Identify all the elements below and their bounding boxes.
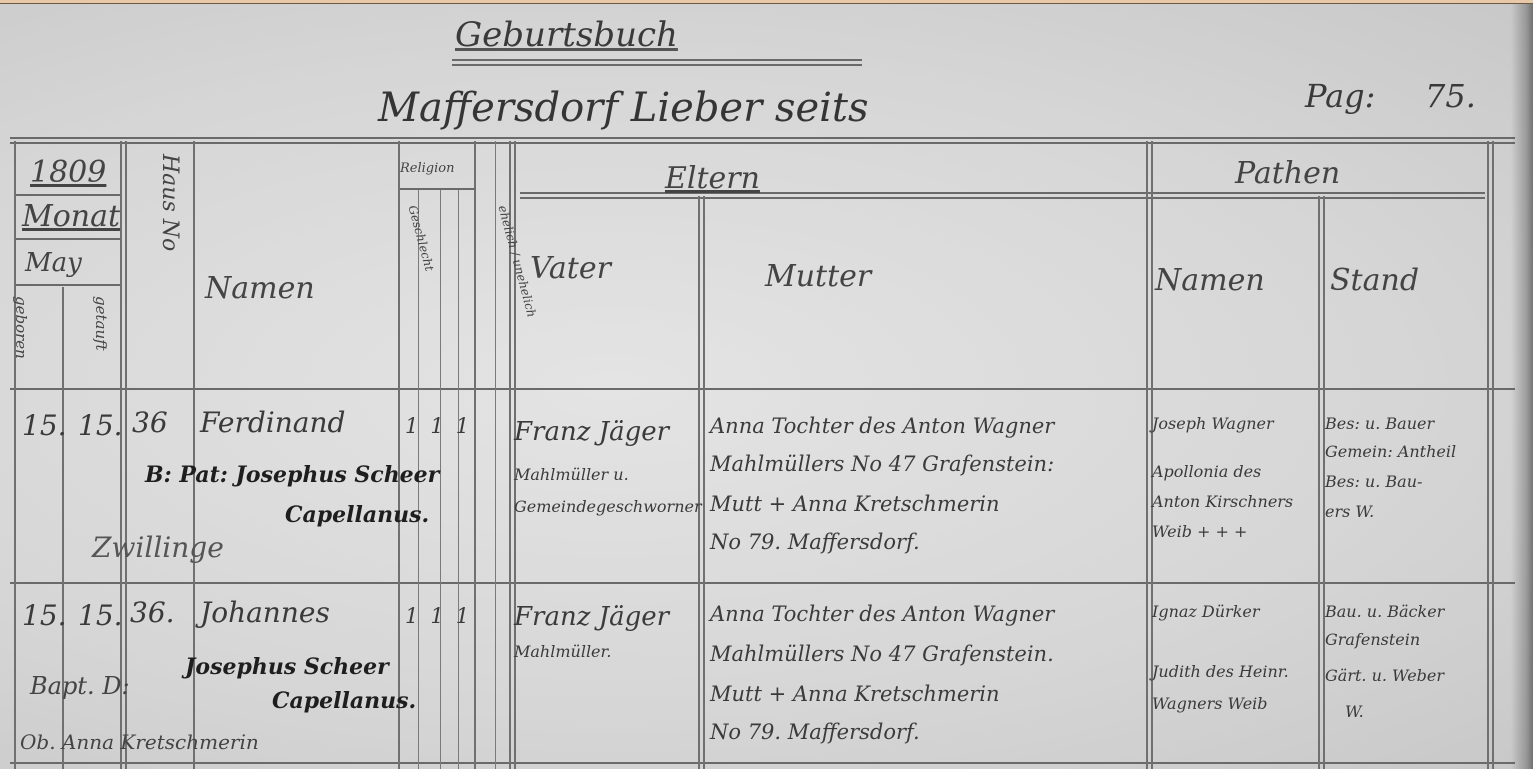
sex-header: Geschlecht: [406, 204, 435, 272]
father-name: Franz Jäger: [514, 419, 669, 445]
month-header: Monat: [22, 202, 120, 232]
religion-marks: 111: [405, 606, 481, 627]
baptized-day: 15.: [78, 412, 123, 440]
baptizer: B: Pat: Josephus Scheer: [145, 464, 439, 486]
father-occupation: Mahlmüller.: [514, 644, 612, 660]
religion-header: Religion: [400, 162, 454, 175]
godparent-status-line: Bes: u. Bau-: [1325, 474, 1422, 490]
title-underline: [452, 59, 862, 66]
godparent-name-line: Joseph Wagner: [1152, 416, 1274, 432]
godparent-status-line: Bau. u. Bäcker: [1325, 604, 1444, 620]
godparent-status-line: Gärt. u. Weber: [1325, 668, 1444, 684]
may-rule: [16, 284, 120, 286]
month-value: May: [25, 250, 82, 276]
house-no-header: Haus No: [158, 154, 180, 251]
child-name: Johannes: [200, 599, 330, 627]
mother-line: Mahlmüllers No 47 Grafenstein:: [710, 454, 1054, 475]
header-top-rule: [10, 137, 1515, 144]
father-occupation: Mahlmüller u. Gemeindegeschworner: [514, 459, 694, 523]
mother-line: Anna Tochter des Anton Wagner: [710, 604, 1054, 625]
godparent-name-header: Namen: [1155, 266, 1265, 296]
col-rule: [495, 141, 496, 769]
born-day: 15.: [22, 602, 67, 630]
godparent-name-line: Wagners Weib: [1152, 696, 1268, 712]
born-day: 15.: [22, 412, 67, 440]
child-name: Ferdinand: [200, 409, 345, 437]
name-header: Namen: [205, 274, 315, 304]
entry-divider-2: [10, 762, 1515, 764]
parents-header: Eltern: [665, 164, 760, 194]
page-label: Pag:: [1305, 80, 1375, 112]
register-page: Geburtsbuch Maffersdorf Lieber seits Pag…: [0, 4, 1533, 769]
baptized-header: getauft: [93, 296, 108, 351]
godparent-status-line: Grafenstein: [1325, 632, 1420, 648]
godparent-status-line: Gemein: Antheil: [1325, 444, 1456, 460]
col-rule: [398, 141, 400, 769]
twins-note: Zwillinge: [92, 534, 224, 562]
baptized-day: 15.: [78, 602, 123, 630]
midwife-note: Ob. Anna Kretschmerin: [20, 732, 259, 752]
baptizer-title: Capellanus.: [272, 690, 416, 712]
baptizer-title: Capellanus.: [285, 504, 429, 526]
mother-line: Mutt + Anna Kretschmerin: [710, 494, 1000, 515]
col-rule: [14, 141, 16, 769]
religion-rule: [400, 188, 475, 190]
godparent-status-line: ers W.: [1325, 504, 1374, 520]
born-header: geboren: [13, 296, 28, 359]
col-rule: [458, 189, 459, 769]
godparents-header: Pathen: [1235, 159, 1340, 189]
col-rule: [1318, 196, 1325, 769]
house-number: 36: [132, 409, 168, 437]
godparent-name-line: Anton Kirschners: [1152, 494, 1293, 510]
godparent-name-line: Ignaz Dürker: [1152, 604, 1260, 620]
page-number: 75.: [1425, 80, 1476, 112]
year-rule: [16, 194, 120, 196]
parish-title: Maffersdorf Lieber seits: [378, 88, 869, 128]
col-rule: [440, 189, 441, 769]
godparent-name-line: Judith des Heinr.: [1152, 664, 1289, 680]
godparent-name-line: Apollonia des: [1152, 464, 1261, 480]
month-rule: [16, 238, 120, 240]
mother-line: No 79. Maffersdorf.: [710, 722, 920, 743]
father-name: Franz Jäger: [514, 604, 669, 630]
mother-line: Mutt + Anna Kretschmerin: [710, 684, 1000, 705]
document-title: Geburtsbuch: [455, 18, 678, 52]
godparent-status-line: W.: [1345, 704, 1364, 720]
header-bottom-rule: [10, 388, 1515, 390]
col-rule: [474, 141, 476, 769]
religion-marks: 111: [405, 416, 481, 437]
godparent-name-line: Weib + + +: [1152, 524, 1247, 540]
book-spine-shadow: [1511, 4, 1533, 769]
godparent-status-line: Bes: u. Bauer: [1325, 416, 1434, 432]
mother-line: Mahlmüllers No 47 Grafenstein.: [710, 644, 1054, 665]
mother-line: No 79. Maffersdorf.: [710, 532, 920, 553]
mother-line: Anna Tochter des Anton Wagner: [710, 416, 1054, 437]
year-label: 1809: [30, 158, 106, 188]
mother-header: Mutter: [765, 262, 871, 292]
godparent-status-header: Stand: [1330, 266, 1419, 296]
father-header: Vater: [530, 254, 611, 284]
col-rule: [698, 196, 705, 769]
entry-divider: [10, 582, 1515, 584]
baptizer: Josephus Scheer: [185, 656, 389, 678]
col-rule: [1487, 141, 1494, 769]
house-number: 36.: [130, 599, 175, 627]
baptism-note: Bapt. D:: [30, 674, 130, 698]
